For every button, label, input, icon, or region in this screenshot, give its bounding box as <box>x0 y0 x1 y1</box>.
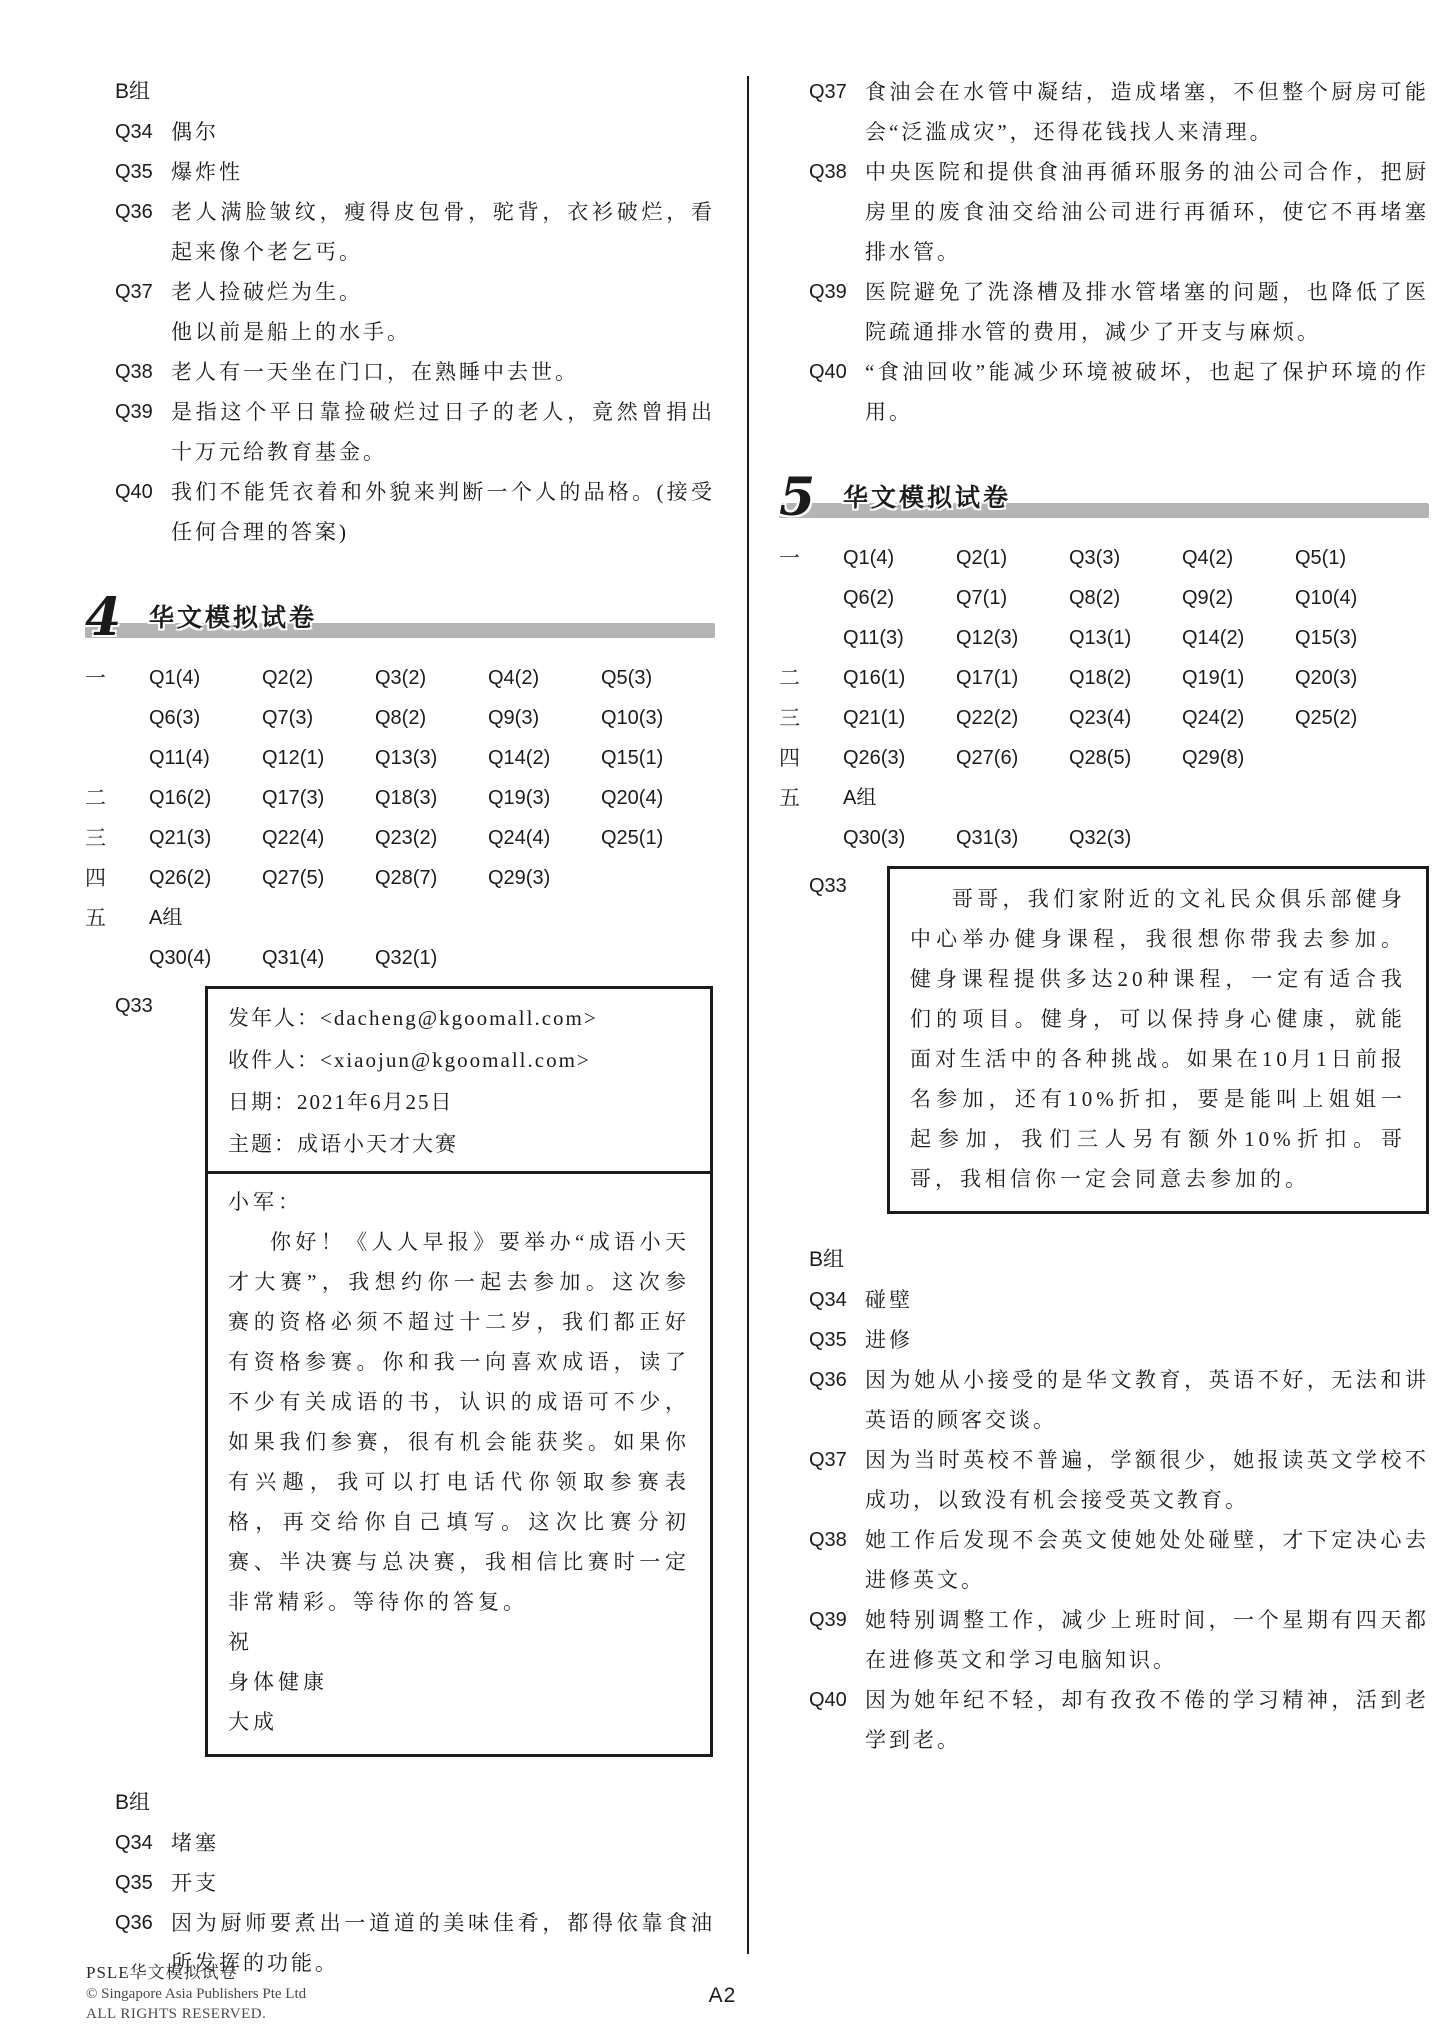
grid-cell: Q15(1) <box>601 738 714 778</box>
grid-section-label: 三 <box>779 698 843 738</box>
left-column: B组 Q34 偶尔 Q35 爆炸性 Q36 老人满脸皱纹，瘦得皮包骨，驼背，衣衫… <box>85 72 715 1983</box>
grid-cell: Q9(2) <box>1182 578 1295 618</box>
grid-row: 一 Q1(4) Q2(1) Q3(3) Q4(2) Q5(1) <box>779 538 1429 578</box>
section-title: 华文模拟试卷 <box>843 478 1011 514</box>
grid-row: Q6(2) Q7(1) Q8(2) Q9(2) Q10(4) <box>779 578 1429 618</box>
grid-cell: Q3(2) <box>375 658 488 698</box>
answer-text: 中央医院和提供食油再循环服务的油公司合作，把厨房里的废食油交给油公司进行再循环，… <box>865 152 1429 272</box>
grid-cell <box>1182 818 1295 858</box>
question-label: Q36 <box>115 192 171 272</box>
grid-cell: Q19(1) <box>1182 658 1295 698</box>
grid-cell: Q14(2) <box>1182 618 1295 658</box>
grid-section-label: 一 <box>85 658 149 698</box>
grid-section-label <box>85 738 149 778</box>
grid-cell: Q1(4) <box>843 538 956 578</box>
group-b-header: B组 <box>115 72 715 112</box>
answer-item: Q39 她特别调整工作，减少上班时间，一个星期有四天都在进修英文和学习电脑知识。 <box>809 1600 1429 1680</box>
grid-cell: Q7(1) <box>956 578 1069 618</box>
answer-text: 她工作后发现不会英文使她处处碰壁，才下定决心去进修英文。 <box>865 1520 1429 1600</box>
question-label: Q38 <box>809 152 865 272</box>
grid-cell: Q24(4) <box>488 818 601 858</box>
section-number: 5 <box>779 467 815 528</box>
email-header: 发年人：<dacheng@kgoomall.com> 收件人：<xiaojun@… <box>208 989 710 1174</box>
answer-item: Q38 中央医院和提供食油再循环服务的油公司合作，把厨房里的废食油交给油公司进行… <box>809 152 1429 272</box>
grid-cell: Q6(2) <box>843 578 956 618</box>
grid-section-label: 一 <box>779 538 843 578</box>
two-column-layout: B组 Q34 偶尔 Q35 爆炸性 Q36 老人满脸皱纹，瘦得皮包骨，驼背，衣衫… <box>0 0 1445 1983</box>
grid-cell <box>1182 778 1295 818</box>
question-label: Q38 <box>115 352 171 392</box>
grid-section-label <box>779 618 843 658</box>
grid-cell: Q12(3) <box>956 618 1069 658</box>
grid-cell: Q28(7) <box>375 858 488 898</box>
email-closing: 身体健康 <box>228 1662 690 1702</box>
grid-cell <box>488 938 601 978</box>
grid-cell: Q14(2) <box>488 738 601 778</box>
answer-text: 是指这个平日靠捡破烂过日子的老人，竟然曾捐出十万元给教育基金。 <box>171 392 715 472</box>
grid-cell <box>1295 778 1408 818</box>
answer-item: Q38 老人有一天坐在门口，在熟睡中去世。 <box>115 352 715 392</box>
q33-answer: Q33 发年人：<dacheng@kgoomall.com> 收件人：<xiao… <box>115 986 715 1757</box>
grid-section-label <box>779 578 843 618</box>
grid-cell: Q10(4) <box>1295 578 1408 618</box>
question-label: Q39 <box>115 392 171 472</box>
grid-row: Q30(3) Q31(3) Q32(3) <box>779 818 1429 858</box>
grid-cell: Q22(4) <box>262 818 375 858</box>
answer-item: Q36 因为她从小接受的是华文教育，英语不好，无法和讲英语的顾客交谈。 <box>809 1360 1429 1440</box>
answer-item: Q38 她工作后发现不会英文使她处处碰壁，才下定决心去进修英文。 <box>809 1520 1429 1600</box>
grid-cell <box>956 778 1069 818</box>
grid-cell: Q31(3) <box>956 818 1069 858</box>
q33-answer: Q33 哥哥，我们家附近的文礼民众俱乐部健身中心举办健身课程，我很想你带我去参加… <box>809 866 1429 1214</box>
grid-cell: Q4(2) <box>488 658 601 698</box>
email-paragraph: 你好！《人人早报》要举办“成语小天才大赛”，我想约你一起去参加。这次参赛的资格必… <box>228 1222 690 1622</box>
answer-item: Q34 偶尔 <box>115 112 715 152</box>
grid-cell <box>262 898 375 938</box>
note-paragraph: 哥哥，我们家附近的文礼民众俱乐部健身中心举办健身课程，我很想你带我去参加。健身课… <box>910 879 1406 1199</box>
answer-text: 食油会在水管中凝结，造成堵塞，不但整个厨房可能会“泛滥成灾”，还得花钱找人来清理… <box>865 72 1429 152</box>
grid-row: 一 Q1(4) Q2(2) Q3(2) Q4(2) Q5(3) <box>85 658 715 698</box>
grid-cell <box>488 898 601 938</box>
email-to: 收件人：<xiaojun@kgoomall.com> <box>228 1039 690 1081</box>
question-label: Q33 <box>809 866 865 1214</box>
grid-cell: Q29(3) <box>488 858 601 898</box>
grid-cell: Q23(4) <box>1069 698 1182 738</box>
grid-row: 三 Q21(1) Q22(2) Q23(4) Q24(2) Q25(2) <box>779 698 1429 738</box>
grid-cell <box>1069 778 1182 818</box>
footer-rights: ALL RIGHTS RESERVED. <box>86 2004 306 2024</box>
grid-row: Q11(3) Q12(3) Q13(1) Q14(2) Q15(3) <box>779 618 1429 658</box>
right-column: Q37 食油会在水管中凝结，造成堵塞，不但整个厨房可能会“泛滥成灾”，还得花钱找… <box>779 72 1429 1760</box>
grid-cell <box>601 898 714 938</box>
grid-cell: Q30(3) <box>843 818 956 858</box>
grid-cell: Q9(3) <box>488 698 601 738</box>
answer-item: Q39 是指这个平日靠捡破烂过日子的老人，竟然曾捐出十万元给教育基金。 <box>115 392 715 472</box>
grid-cell: Q2(2) <box>262 658 375 698</box>
answer-item: Q35 爆炸性 <box>115 152 715 192</box>
grid-section-label: 四 <box>779 738 843 778</box>
section-4-answer-grid: 一 Q1(4) Q2(2) Q3(2) Q4(2) Q5(3) Q6(3) Q7… <box>85 658 715 978</box>
grid-cell: Q17(1) <box>956 658 1069 698</box>
email-date: 日期：2021年6月25日 <box>228 1081 690 1123</box>
grid-cell: Q26(3) <box>843 738 956 778</box>
answer-text: 堵塞 <box>171 1823 715 1863</box>
question-label: Q34 <box>809 1280 865 1320</box>
grid-row: 二 Q16(2) Q17(3) Q18(3) Q19(3) Q20(4) <box>85 778 715 818</box>
column-divider <box>747 76 749 1954</box>
page: B组 Q34 偶尔 Q35 爆炸性 Q36 老人满脸皱纹，瘦得皮包骨，驼背，衣衫… <box>0 0 1445 2044</box>
grid-cell: Q32(1) <box>375 938 488 978</box>
email-subject: 主题：成语小天才大赛 <box>228 1123 690 1165</box>
grid-cell: Q13(3) <box>375 738 488 778</box>
answer-item: Q34 堵塞 <box>115 1823 715 1863</box>
question-label: Q34 <box>115 1823 171 1863</box>
answer-text: 偶尔 <box>171 112 715 152</box>
grid-section-label: 二 <box>85 778 149 818</box>
grid-row: Q30(4) Q31(4) Q32(1) <box>85 938 715 978</box>
answer-text: “食油回收”能减少环境被破坏，也起了保护环境的作用。 <box>865 352 1429 432</box>
grid-cell: Q4(2) <box>1182 538 1295 578</box>
answer-text: 她特别调整工作，减少上班时间，一个星期有四天都在进修英文和学习电脑知识。 <box>865 1600 1429 1680</box>
answer-text: 老人满脸皱纹，瘦得皮包骨，驼背，衣衫破烂，看起来像个老乞丐。 <box>171 192 715 272</box>
answer-text: 爆炸性 <box>171 152 715 192</box>
grid-cell: Q11(3) <box>843 618 956 658</box>
question-label: Q37 <box>809 72 865 152</box>
page-number: A2 <box>709 1984 737 2008</box>
grid-cell: Q2(1) <box>956 538 1069 578</box>
answer-item: Q35 进修 <box>809 1320 1429 1360</box>
grid-cell: Q19(3) <box>488 778 601 818</box>
answer-text: 老人捡破烂为生。 他以前是船上的水手。 <box>171 272 715 352</box>
footer-publisher: © Singapore Asia Publishers Pte Ltd <box>86 1984 306 2004</box>
grid-cell: Q21(3) <box>149 818 262 858</box>
question-label: Q38 <box>809 1520 865 1600</box>
grid-cell: Q8(2) <box>1069 578 1182 618</box>
question-label: Q36 <box>809 1360 865 1440</box>
grid-cell: Q10(3) <box>601 698 714 738</box>
grid-cell <box>375 898 488 938</box>
answer-item: Q34 碰壁 <box>809 1280 1429 1320</box>
grid-cell: Q6(3) <box>149 698 262 738</box>
email-salutation: 小军： <box>228 1182 690 1222</box>
grid-cell <box>1295 818 1408 858</box>
grid-cell: A组 <box>149 898 262 938</box>
section-5-answer-grid: 一 Q1(4) Q2(1) Q3(3) Q4(2) Q5(1) Q6(2) Q7… <box>779 538 1429 858</box>
question-label: Q39 <box>809 272 865 352</box>
question-label: Q35 <box>115 1863 171 1903</box>
answer-text: 我们不能凭衣着和外貌来判断一个人的品格。(接受任何合理的答案) <box>171 472 715 552</box>
section-4-header: 4 华文模拟试卷 <box>85 578 715 640</box>
grid-cell: Q5(3) <box>601 658 714 698</box>
grid-section-label: 五 <box>779 778 843 818</box>
grid-cell: Q27(6) <box>956 738 1069 778</box>
q33-email-box: 发年人：<dacheng@kgoomall.com> 收件人：<xiaojun@… <box>205 986 713 1757</box>
answer-item: Q39 医院避免了洗涤槽及排水管堵塞的问题，也降低了医院疏通排水管的费用，减少了… <box>809 272 1429 352</box>
answer-text: 因为她年纪不轻，却有孜孜不倦的学习精神，活到老学到老。 <box>865 1680 1429 1760</box>
answer-text: 老人有一天坐在门口，在熟睡中去世。 <box>171 352 715 392</box>
grid-cell: A组 <box>843 778 956 818</box>
answer-item: Q40 “食油回收”能减少环境被破坏，也起了保护环境的作用。 <box>809 352 1429 432</box>
grid-cell: Q20(3) <box>1295 658 1408 698</box>
answer-text: 医院避免了洗涤槽及排水管堵塞的问题，也降低了医院疏通排水管的费用，减少了开支与麻… <box>865 272 1429 352</box>
grid-row: 二 Q16(1) Q17(1) Q18(2) Q19(1) Q20(3) <box>779 658 1429 698</box>
answer-item: Q35 开支 <box>115 1863 715 1903</box>
answer-item: Q37 因为当时英校不普遍，学额很少，她报读英文学校不成功，以致没有机会接受英文… <box>809 1440 1429 1520</box>
grid-cell: Q11(4) <box>149 738 262 778</box>
answer-item: Q40 我们不能凭衣着和外貌来判断一个人的品格。(接受任何合理的答案) <box>115 472 715 552</box>
footer-series-title: PSLE华文模拟试卷 <box>86 1961 306 1984</box>
question-label: Q35 <box>809 1320 865 1360</box>
question-label: Q37 <box>809 1440 865 1520</box>
grid-cell: Q18(2) <box>1069 658 1182 698</box>
question-label: Q34 <box>115 112 171 152</box>
grid-cell: Q8(2) <box>375 698 488 738</box>
question-label: Q40 <box>115 472 171 552</box>
q33-note-box: 哥哥，我们家附近的文礼民众俱乐部健身中心举办健身课程，我很想你带我去参加。健身课… <box>887 866 1429 1214</box>
answer-item: Q37 老人捡破烂为生。 他以前是船上的水手。 <box>115 272 715 352</box>
grid-row: 五 A组 <box>85 898 715 938</box>
grid-cell: Q31(4) <box>262 938 375 978</box>
grid-cell: Q23(2) <box>375 818 488 858</box>
grid-cell: Q25(1) <box>601 818 714 858</box>
section-number: 4 <box>85 587 121 648</box>
grid-section-label: 四 <box>85 858 149 898</box>
grid-section-label <box>85 698 149 738</box>
email-signature: 大成 <box>228 1702 690 1742</box>
email-body: 小军： 你好！《人人早报》要举办“成语小天才大赛”，我想约你一起去参加。这次参赛… <box>208 1174 710 1754</box>
answer-text: 碰壁 <box>865 1280 1429 1320</box>
answer-item: Q36 老人满脸皱纹，瘦得皮包骨，驼背，衣衫破烂，看起来像个老乞丐。 <box>115 192 715 272</box>
group-b-header: B组 <box>809 1240 1429 1280</box>
grid-cell: Q12(1) <box>262 738 375 778</box>
grid-cell: Q21(1) <box>843 698 956 738</box>
section-title: 华文模拟试卷 <box>149 598 317 634</box>
email-from: 发年人：<dacheng@kgoomall.com> <box>228 997 690 1039</box>
grid-section-label: 三 <box>85 818 149 858</box>
grid-cell: Q22(2) <box>956 698 1069 738</box>
answer-text: 进修 <box>865 1320 1429 1360</box>
page-footer: PSLE华文模拟试卷 © Singapore Asia Publishers P… <box>86 1961 306 2024</box>
grid-cell <box>1295 738 1408 778</box>
grid-cell: Q3(3) <box>1069 538 1182 578</box>
grid-section-label <box>85 938 149 978</box>
email-closing: 祝 <box>228 1622 690 1662</box>
grid-cell: Q25(2) <box>1295 698 1408 738</box>
grid-cell: Q20(4) <box>601 778 714 818</box>
grid-cell: Q24(2) <box>1182 698 1295 738</box>
grid-cell: Q30(4) <box>149 938 262 978</box>
grid-row: 四 Q26(3) Q27(6) Q28(5) Q29(8) <box>779 738 1429 778</box>
grid-cell: Q15(3) <box>1295 618 1408 658</box>
grid-cell: Q7(3) <box>262 698 375 738</box>
grid-section-label: 五 <box>85 898 149 938</box>
grid-cell: Q17(3) <box>262 778 375 818</box>
grid-row: 四 Q26(2) Q27(5) Q28(7) Q29(3) <box>85 858 715 898</box>
grid-cell: Q26(2) <box>149 858 262 898</box>
grid-section-label: 二 <box>779 658 843 698</box>
grid-row: 五 A组 <box>779 778 1429 818</box>
grid-row: Q6(3) Q7(3) Q8(2) Q9(3) Q10(3) <box>85 698 715 738</box>
grid-cell <box>601 938 714 978</box>
grid-row: 三 Q21(3) Q22(4) Q23(2) Q24(4) Q25(1) <box>85 818 715 858</box>
grid-cell: Q16(1) <box>843 658 956 698</box>
answer-text: 因为当时英校不普遍，学额很少，她报读英文学校不成功，以致没有机会接受英文教育。 <box>865 1440 1429 1520</box>
question-label: Q35 <box>115 152 171 192</box>
grid-cell: Q1(4) <box>149 658 262 698</box>
answer-text: 因为她从小接受的是华文教育，英语不好，无法和讲英语的顾客交谈。 <box>865 1360 1429 1440</box>
grid-cell: Q29(8) <box>1182 738 1295 778</box>
grid-cell: Q32(3) <box>1069 818 1182 858</box>
question-label: Q37 <box>115 272 171 352</box>
grid-cell: Q27(5) <box>262 858 375 898</box>
question-label: Q33 <box>115 986 171 1757</box>
grid-cell: Q13(1) <box>1069 618 1182 658</box>
answer-text: 开支 <box>171 1863 715 1903</box>
question-label: Q40 <box>809 1680 865 1760</box>
grid-cell: Q16(2) <box>149 778 262 818</box>
grid-row: Q11(4) Q12(1) Q13(3) Q14(2) Q15(1) <box>85 738 715 778</box>
question-label: Q39 <box>809 1600 865 1680</box>
section-5-header: 5 华文模拟试卷 <box>779 458 1429 520</box>
answer-item: Q40 因为她年纪不轻，却有孜孜不倦的学习精神，活到老学到老。 <box>809 1680 1429 1760</box>
group-b-header: B组 <box>115 1783 715 1823</box>
grid-cell: Q18(3) <box>375 778 488 818</box>
grid-cell: Q5(1) <box>1295 538 1408 578</box>
question-label: Q40 <box>809 352 865 432</box>
answer-item: Q37 食油会在水管中凝结，造成堵塞，不但整个厨房可能会“泛滥成灾”，还得花钱找… <box>809 72 1429 152</box>
grid-cell: Q28(5) <box>1069 738 1182 778</box>
grid-cell <box>601 858 714 898</box>
grid-section-label <box>779 818 843 858</box>
